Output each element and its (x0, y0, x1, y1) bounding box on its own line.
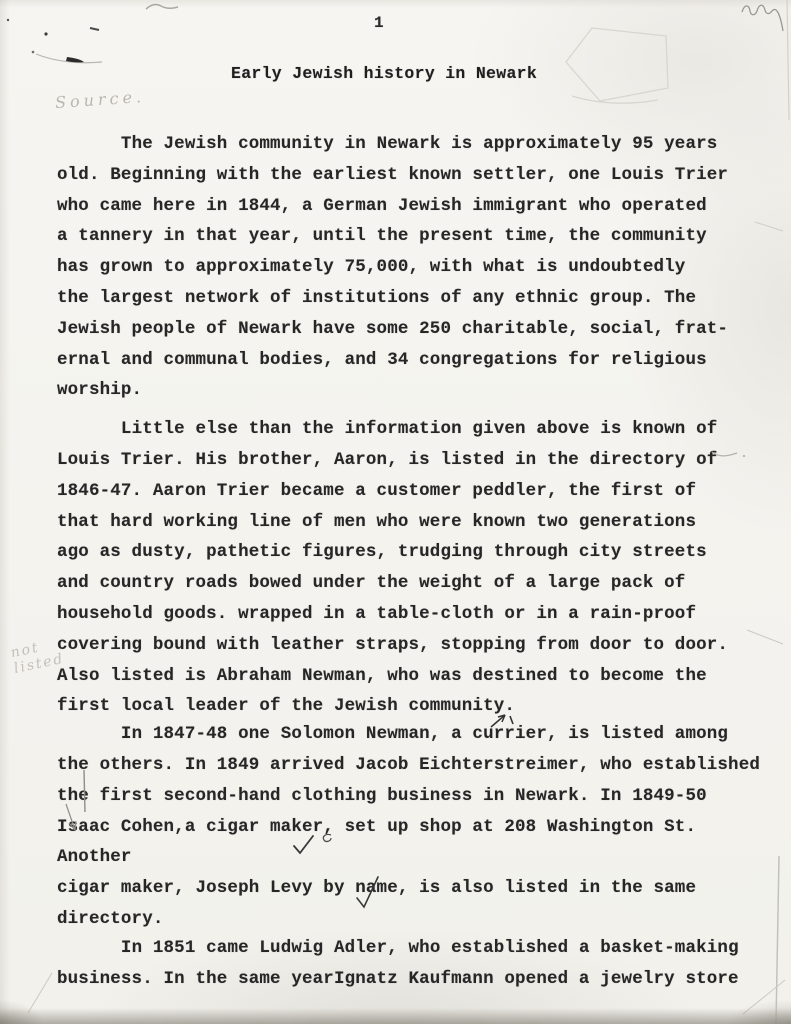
page-title: Early Jewish history in Newark (231, 64, 537, 83)
paragraph-4: In 1851 came Ludwig Adler, who establish… (57, 933, 779, 995)
handwritten-source-note: Source. (54, 87, 145, 112)
top-left-pencil-marks-icon (7, 19, 102, 63)
scanned-document-page: 1 Early Jewish history in Newark The Jew… (0, 0, 791, 1024)
document-body: The Jewish community in Newark is approx… (57, 129, 779, 994)
paragraph-1: The Jewish community in Newark is approx… (57, 129, 779, 406)
page-number: 1 (374, 14, 384, 32)
paragraph-2: Little else than the information given a… (57, 414, 779, 722)
paragraph-3: In 1847-48 one Solomon Newman, a currier… (57, 719, 779, 935)
top-squiggle-icon (146, 5, 178, 9)
top-right-squiggle-icon (742, 5, 783, 31)
ghost-rectangle-icon (566, 28, 668, 103)
